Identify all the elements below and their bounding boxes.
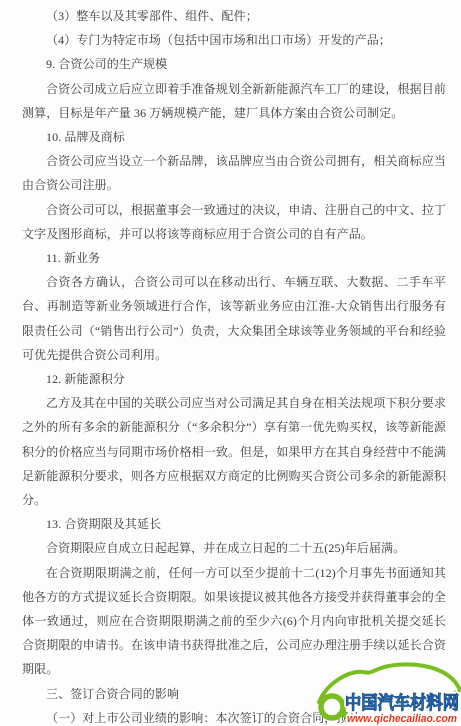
section-heading: 12. 新能源积分 <box>22 367 446 391</box>
paragraph: 在合资期限期满之前，任何一方可以至少提前十二(12)个月事先书面通知其他各方的方… <box>22 561 446 682</box>
paragraph: 合资各方确认，合资公司可以在移动出行、车辆互联、大数据、二手车平台、再制造等新业… <box>22 270 446 367</box>
section-heading: 10. 品牌及商标 <box>22 125 446 149</box>
paragraph: 合资公司应当设立一个新品牌，该品牌应当由合资公司拥有，相关商标应当由合资公司注册… <box>22 149 446 197</box>
paragraph: （3）整车以及其零部件、组件、配件； <box>22 4 446 28</box>
paragraph: 合资公司成立后应立即着手准备规划全新新能源汽车工厂的建设，根据目前测算，目标是年… <box>22 77 446 125</box>
paragraph: 乙方及其在中国的关联公司应当对公司满足其自身在相关法规项下积分要求之外的所有多余… <box>22 391 446 512</box>
section-heading: 13. 合资期限及其延长 <box>22 512 446 536</box>
section-heading: 三、签订合资合同的影响 <box>22 682 446 706</box>
paragraph: （一）对上市公司业绩的影响：本次签订的合资合同，预计 <box>22 706 446 726</box>
section-heading: 11. 新业务 <box>22 246 446 270</box>
paragraph: （4）专门为特定市场（包括中国市场和出口市场）开发的产品； <box>22 28 446 52</box>
paragraph: 合资期限应自成立日起起算，并在成立日起的二十五(25)年后届满。 <box>22 536 446 560</box>
document-body: （3）整车以及其零部件、组件、配件；（4）专门为特定市场（包括中国市场和出口市场… <box>0 0 461 726</box>
paragraph: 合资公司可以，根据董事会一致通过的决议，申请、注册自己的中文、拉丁文字及图形商标… <box>22 198 446 246</box>
document-page: （3）整车以及其零部件、组件、配件；（4）专门为特定市场（包括中国市场和出口市场… <box>0 0 461 726</box>
section-heading: 9. 合资公司的生产规模 <box>22 52 446 76</box>
